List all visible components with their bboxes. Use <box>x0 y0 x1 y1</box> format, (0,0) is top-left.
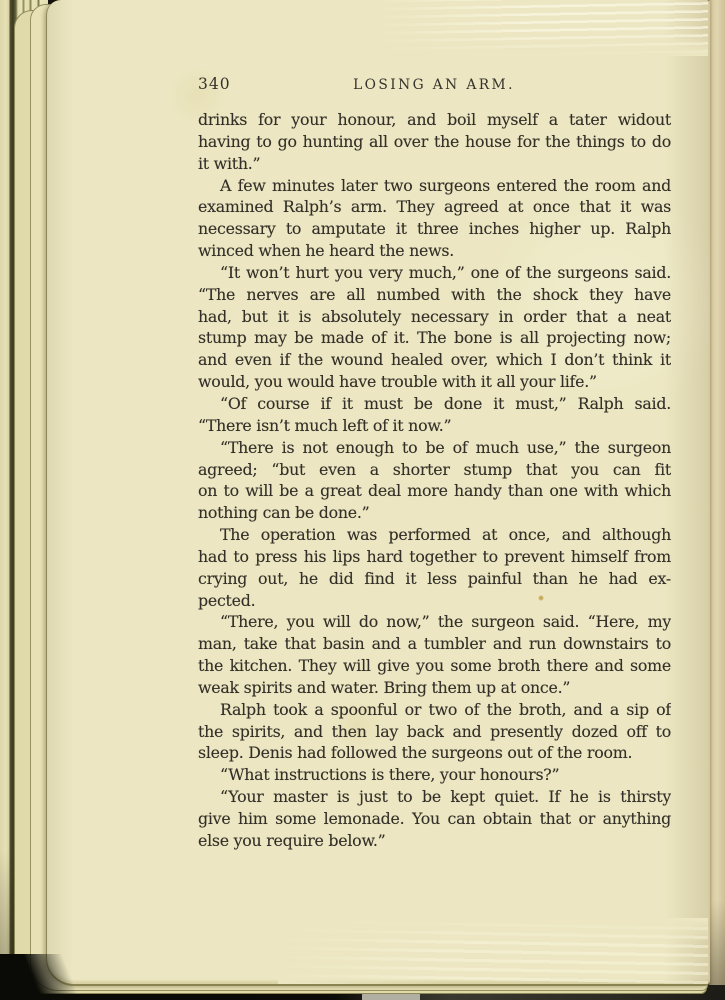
text-line: having to go hunting all over the house … <box>198 131 671 153</box>
paragraph: “Of course if it must be done it must,” … <box>198 393 671 437</box>
text-line: pected. <box>198 590 671 612</box>
paragraph: “What instructions is there, your honour… <box>198 764 671 786</box>
text-line: had to press his lips hard together to p… <box>198 546 671 568</box>
paragraph: “It won’t hurt you very much,” one of th… <box>198 262 671 393</box>
top-page-edge-streaks <box>373 0 708 56</box>
page-header: 340 LOSING AN ARM. <box>198 75 670 95</box>
text-line: agreed; “but even a shorter stump that y… <box>198 459 671 481</box>
text-line: give him some lemonade. You can obtain t… <box>198 808 671 830</box>
paragraph: The operation was performed at once, and… <box>198 524 671 611</box>
text-line: “There, you will do now,” the surgeon sa… <box>198 611 671 633</box>
text-line: weak spirits and water. Bring them up at… <box>198 677 671 699</box>
text-line: the kitchen. They will give you some bro… <box>198 655 671 677</box>
page-number: 340 <box>198 75 231 93</box>
text-line: examined Ralph’s arm. They agreed at onc… <box>198 196 671 218</box>
paragraph: “There, you will do now,” the surgeon sa… <box>198 611 671 698</box>
paragraph: Ralph took a spoonful or two of the brot… <box>198 699 671 765</box>
text-line: else you require below.” <box>198 830 671 852</box>
text-line: necessary to amputate it three inches hi… <box>198 218 671 240</box>
text-line: crying out, he did find it less painful … <box>198 568 671 590</box>
text-line: A few minutes later two surgeons entered… <box>198 175 671 197</box>
bottom-page-edge-streaks <box>278 918 708 984</box>
text-line: Ralph took a spoonful or two of the brot… <box>198 699 671 721</box>
text-line: The operation was performed at once, and… <box>198 524 671 546</box>
paragraph: A few minutes later two surgeons entered… <box>198 175 671 262</box>
text-line: and even if the wound healed over, which… <box>198 349 671 371</box>
text-line: drinks for your honour, and boil myself … <box>198 109 671 131</box>
text-line: winced when he heard the news. <box>198 240 671 262</box>
text-line: “The nerves are all numbed with the shoc… <box>198 284 671 306</box>
paragraph: “Your master is just to be kept quiet. I… <box>198 786 671 852</box>
text-line: the spirits, and then lay back and prese… <box>198 721 671 743</box>
book-right-fore-edge <box>709 0 725 1000</box>
text-line: “Your master is just to be kept quiet. I… <box>198 786 671 808</box>
text-line: “There is not enough to be of much use,”… <box>198 437 671 459</box>
text-line: on to will be a great deal more handy th… <box>198 480 671 502</box>
book-scan: 340 LOSING AN ARM. drinks for your honou… <box>0 0 725 1000</box>
corner-shadow <box>0 954 120 1000</box>
text-line: “What instructions is there, your honour… <box>198 764 671 786</box>
paragraph: drinks for your honour, and boil myself … <box>198 109 671 175</box>
text-line: had, but it is absolutely necessary in o… <box>198 306 671 328</box>
text-line: stump may be made of it. The bone is all… <box>198 327 671 349</box>
text-line: man, take that basin and a tumbler and r… <box>198 633 671 655</box>
body-text: drinks for your honour, and boil myself … <box>198 109 671 852</box>
text-line: “It won’t hurt you very much,” one of th… <box>198 262 671 284</box>
paragraph: “There is not enough to be of much use,”… <box>198 437 671 524</box>
book-page: 340 LOSING AN ARM. drinks for your honou… <box>46 0 710 986</box>
text-line: nothing can be done.” <box>198 502 671 524</box>
book-bottom-tab <box>362 993 420 1000</box>
text-line: would, you would have trouble with it al… <box>198 371 671 393</box>
text-line: “There isn’t much left of it now.” <box>198 415 671 437</box>
text-line: “Of course if it must be done it must,” … <box>198 393 671 415</box>
running-title: LOSING AN ARM. <box>198 75 670 93</box>
text-line: it with.” <box>198 153 671 175</box>
text-line: sleep. Denis had followed the surgeons o… <box>198 742 671 764</box>
